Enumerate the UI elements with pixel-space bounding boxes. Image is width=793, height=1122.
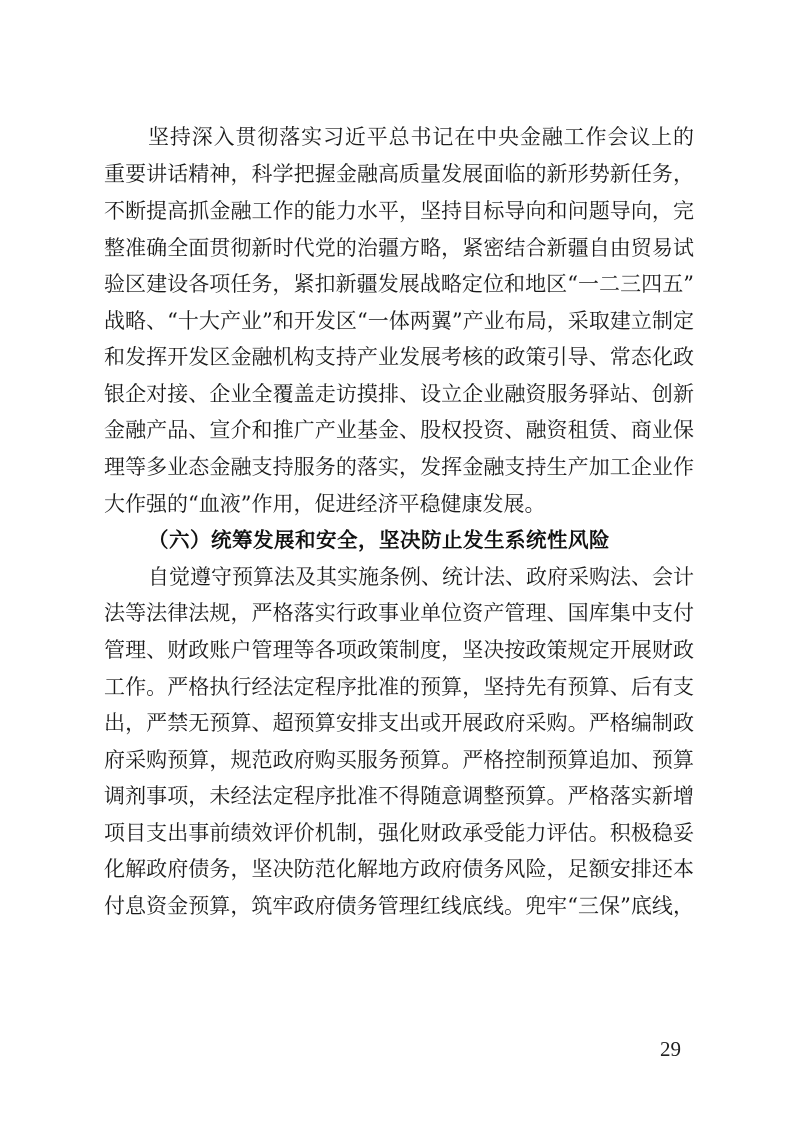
paragraph-2-line-9: 化解政府债务，坚决防范化解地方政府债务风险，足额安排还本 bbox=[104, 851, 694, 887]
paragraph-1-line-4: 整准确全面贯彻新时代党的治疆方略，紧密结合新疆自由贸易试 bbox=[104, 230, 694, 266]
page-number: 29 bbox=[660, 1037, 681, 1062]
paragraph-2-line-10: 付息资金预算，筑牢政府债务管理红线底线。兜牢“三保”底线， bbox=[104, 888, 694, 924]
paragraph-1-line-6: 战略、“十大产业”和开发区“一体两翼”产业布局，采取建立制定 bbox=[104, 303, 694, 339]
paragraph-1-line-2: 重要讲话精神，科学把握金融高质量发展面临的新形势新任务， bbox=[104, 156, 694, 192]
paragraph-1-line-3: 不断提高抓金融工作的能力水平，坚持目标导向和问题导向，完 bbox=[104, 193, 694, 229]
paragraph-1-line-9: 金融产品、宣介和推广产业基金、股权投资、融资租赁、商业保 bbox=[104, 412, 694, 448]
paragraph-1-line-7: 和发挥开发区金融机构支持产业发展考核的政策引导、常态化政 bbox=[104, 339, 694, 375]
paragraph-1-line-10: 理等多业态金融支持服务的落实，发挥金融支持生产加工企业作 bbox=[104, 449, 694, 485]
paragraph-2-line-5: 出，严禁无预算、超预算安排支出或开展政府采购。严格编制政 bbox=[104, 705, 694, 741]
paragraph-2-line-1: 自觉遵守预算法及其实施条例、统计法、政府采购法、会计 bbox=[148, 559, 694, 595]
paragraph-2-line-8: 项目支出事前绩效评价机制，强化财政承受能力评估。积极稳妥 bbox=[104, 815, 694, 851]
section-heading: （六）统筹发展和安全，坚决防止发生系统性风险 bbox=[148, 522, 694, 558]
paragraph-2-line-4: 工作。严格执行经法定程序批准的预算，坚持先有预算、后有支 bbox=[104, 669, 694, 705]
document-page: 坚持深入贯彻落实习近平总书记在中央金融工作会议上的 重要讲话精神，科学把握金融高… bbox=[0, 0, 793, 1122]
paragraph-2-line-6: 府采购预算，规范政府购买服务预算。严格控制预算追加、预算 bbox=[104, 742, 694, 778]
paragraph-1-line-8: 银企对接、企业全覆盖走访摸排、设立企业融资服务驿站、创新 bbox=[104, 376, 694, 412]
paragraph-2-line-3: 管理、财政账户管理等各项政策制度，坚决按政策规定开展财政 bbox=[104, 632, 694, 668]
paragraph-2-line-2: 法等法律法规，严格落实行政事业单位资产管理、国库集中支付 bbox=[104, 595, 694, 631]
paragraph-1-line-1: 坚持深入贯彻落实习近平总书记在中央金融工作会议上的 bbox=[148, 119, 694, 155]
paragraph-2-line-7: 调剂事项，未经法定程序批准不得随意调整预算。严格落实新增 bbox=[104, 778, 694, 814]
paragraph-1-line-5: 验区建设各项任务，紧扣新疆发展战略定位和地区“一二三四五” bbox=[104, 266, 694, 302]
paragraph-1-line-11: 大作强的“血液”作用，促进经济平稳健康发展。 bbox=[104, 486, 694, 522]
